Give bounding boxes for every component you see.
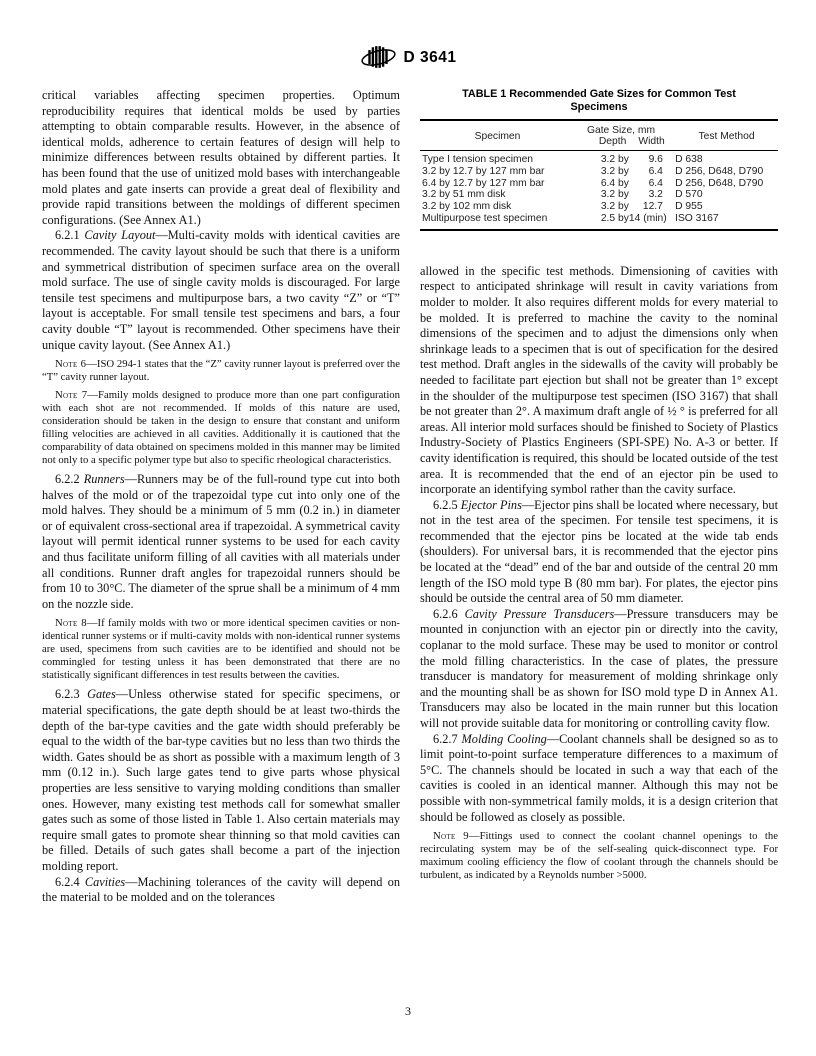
left-column-text: critical variables affecting specimen pr… — [42, 88, 400, 906]
text-run: 6.2.5 — [433, 498, 461, 512]
col-header-test-method: Test Method — [667, 131, 778, 142]
cell-gate-width: 14 (min) — [629, 213, 663, 225]
astm-logo-graphic — [360, 44, 397, 71]
text-run: —Runners may be of the full-round type c… — [42, 472, 400, 611]
section-6-2-6: 6.2.6 Cavity Pressure Transducers—Pressu… — [420, 607, 778, 732]
col-header-gate-size-label: Gate Size, mm — [575, 125, 667, 136]
right-column: TABLE 1 Recommended Gate Sizes for Commo… — [420, 88, 778, 906]
cell-test-method: D 256, D648, D790 — [667, 178, 778, 190]
note-6: Note 6—ISO 294-1 states that the “Z” cav… — [42, 358, 400, 384]
section-title-italic: Cavity Layout — [84, 228, 155, 242]
cell-gate-depth: 3.2 by — [577, 166, 629, 178]
text-run: 6.2.4 — [55, 875, 85, 889]
table-header-row: Specimen Gate Size, mm Depth Width Test … — [420, 121, 778, 151]
table-body: Type I tension specimen3.2 by9.6D 6383.2… — [420, 151, 778, 229]
paragraph-continuation: critical variables affecting specimen pr… — [42, 88, 400, 228]
table-1: TABLE 1 Recommended Gate Sizes for Commo… — [420, 88, 778, 231]
cell-test-method: D 256, D648, D790 — [667, 166, 778, 178]
note-7: Note 7—Family molds designed to produce … — [42, 389, 400, 467]
cell-gate-size: 6.4 by6.4 — [577, 178, 667, 190]
cell-test-method: D 955 — [667, 201, 778, 213]
text-run: 6.2.7 — [433, 732, 462, 746]
cell-specimen: 3.2 by 102 mm disk — [420, 201, 577, 213]
text-run: 6.2.6 — [433, 607, 465, 621]
cell-gate-width: 9.6 — [629, 154, 663, 166]
cell-gate-size: 3.2 by3.2 — [577, 189, 667, 201]
right-column-text: allowed in the specific test methods. Di… — [420, 264, 778, 882]
col-header-width: Width — [636, 136, 667, 147]
text-run: 6.2.2 — [55, 472, 84, 486]
cell-gate-width: 12.7 — [629, 201, 663, 213]
table-grid: Specimen Gate Size, mm Depth Width Test … — [420, 119, 778, 231]
text-run: —Unless otherwise stated for specific sp… — [42, 687, 400, 873]
text-run: 6.2.1 — [55, 228, 84, 242]
page-number: 3 — [405, 1004, 411, 1018]
astm-logo — [360, 44, 397, 71]
cell-test-method: D 570 — [667, 189, 778, 201]
cell-specimen: Type I tension specimen — [420, 154, 577, 166]
text-run: allowed in the specific test methods. Di… — [420, 264, 778, 496]
section-6-2-7: 6.2.7 Molding Cooling—Coolant channels s… — [420, 732, 778, 826]
cell-gate-width: 6.4 — [629, 166, 663, 178]
text-run: —ISO 294-1 states that the “Z” cavity ru… — [42, 358, 400, 383]
section-title-italic: Molding Cooling — [462, 732, 547, 746]
cell-test-method: ISO 3167 — [667, 213, 778, 225]
cell-specimen: 6.4 by 12.7 by 127 mm bar — [420, 178, 577, 190]
section-6-2-5: 6.2.5 Ejector Pins—Ejector pins shall be… — [420, 498, 778, 607]
cell-test-method: D 638 — [667, 154, 778, 166]
cell-specimen: Multipurpose test specimen — [420, 213, 577, 225]
note-label: Note 9 — [433, 830, 469, 842]
cell-gate-depth: 2.5 by — [577, 213, 629, 225]
cell-gate-depth: 3.2 by — [577, 154, 629, 166]
text-run: —Multi-cavity molds with identical cavit… — [42, 228, 400, 351]
doc-number: D 3641 — [404, 49, 457, 67]
col-header-depth: Depth — [575, 136, 636, 147]
page-footer: 3 — [0, 1004, 816, 1019]
text-run: —Family molds designed to produce more t… — [42, 389, 400, 466]
table-row: 3.2 by 102 mm disk3.2 by12.7D 955 — [420, 201, 778, 213]
cell-gate-width: 3.2 — [629, 189, 663, 201]
section-6-2-3: 6.2.3 Gates—Unless otherwise stated for … — [42, 687, 400, 874]
text-run: 6.2.3 — [55, 687, 87, 701]
col-header-gate-size: Gate Size, mm Depth Width — [575, 125, 667, 147]
section-title-italic: Runners — [84, 472, 125, 486]
cell-gate-depth: 3.2 by — [577, 189, 629, 201]
cell-specimen: 3.2 by 12.7 by 127 mm bar — [420, 166, 577, 178]
cell-gate-size: 2.5 by14 (min) — [577, 213, 667, 225]
col-header-gate-subheaders: Depth Width — [575, 136, 667, 147]
text-run: —Pressure transducers may be mounted in … — [420, 607, 778, 730]
table-row: Type I tension specimen3.2 by9.6D 638 — [420, 154, 778, 166]
text-run: —Fittings used to connect the coolant ch… — [420, 830, 778, 881]
table-title-line1: TABLE 1 Recommended Gate Sizes for Commo… — [420, 88, 778, 101]
cell-gate-size: 3.2 by6.4 — [577, 166, 667, 178]
page-header: D 3641 — [0, 44, 816, 71]
table-row: 3.2 by 51 mm disk3.2 by3.2D 570 — [420, 189, 778, 201]
cell-gate-depth: 3.2 by — [577, 201, 629, 213]
table-row: 3.2 by 12.7 by 127 mm bar3.2 by6.4D 256,… — [420, 166, 778, 178]
table-title: TABLE 1 Recommended Gate Sizes for Commo… — [420, 88, 778, 113]
cell-gate-depth: 6.4 by — [577, 178, 629, 190]
paragraph-continuation: allowed in the specific test methods. Di… — [420, 264, 778, 498]
table-row: 6.4 by 12.7 by 127 mm bar6.4 by6.4D 256,… — [420, 178, 778, 190]
section-6-2-1: 6.2.1 Cavity Layout—Multi-cavity molds w… — [42, 228, 400, 353]
cell-gate-size: 3.2 by9.6 — [577, 154, 667, 166]
section-title-italic: Gates — [87, 687, 116, 701]
text-run: —If family molds with two or more identi… — [42, 617, 400, 681]
section-title-italic: Cavity Pressure Transducers — [465, 607, 615, 621]
section-title-italic: Cavities — [85, 875, 125, 889]
note-label: Note 8 — [55, 617, 87, 629]
note-label: Note 6 — [55, 358, 86, 370]
note-label: Note 7 — [55, 389, 87, 401]
cell-specimen: 3.2 by 51 mm disk — [420, 189, 577, 201]
col-header-specimen: Specimen — [420, 131, 575, 142]
note-9: Note 9—Fittings used to connect the cool… — [420, 830, 778, 882]
section-6-2-2: 6.2.2 Runners—Runners may be of the full… — [42, 472, 400, 612]
section-6-2-4: 6.2.4 Cavities—Machining tolerances of t… — [42, 875, 400, 906]
table-row: Multipurpose test specimen2.5 by14 (min)… — [420, 213, 778, 225]
document-page: D 3641 critical variables affecting spec… — [0, 0, 816, 1056]
table-title-line2: Specimens — [420, 101, 778, 114]
note-8: Note 8—If family molds with two or more … — [42, 617, 400, 682]
section-title-italic: Ejector Pins — [461, 498, 522, 512]
text-run: —Ejector pins shall be located where nec… — [420, 498, 778, 606]
cell-gate-width: 6.4 — [629, 178, 663, 190]
text-run: critical variables affecting specimen pr… — [42, 88, 400, 227]
two-column-body: critical variables affecting specimen pr… — [42, 88, 778, 906]
cell-gate-size: 3.2 by12.7 — [577, 201, 667, 213]
